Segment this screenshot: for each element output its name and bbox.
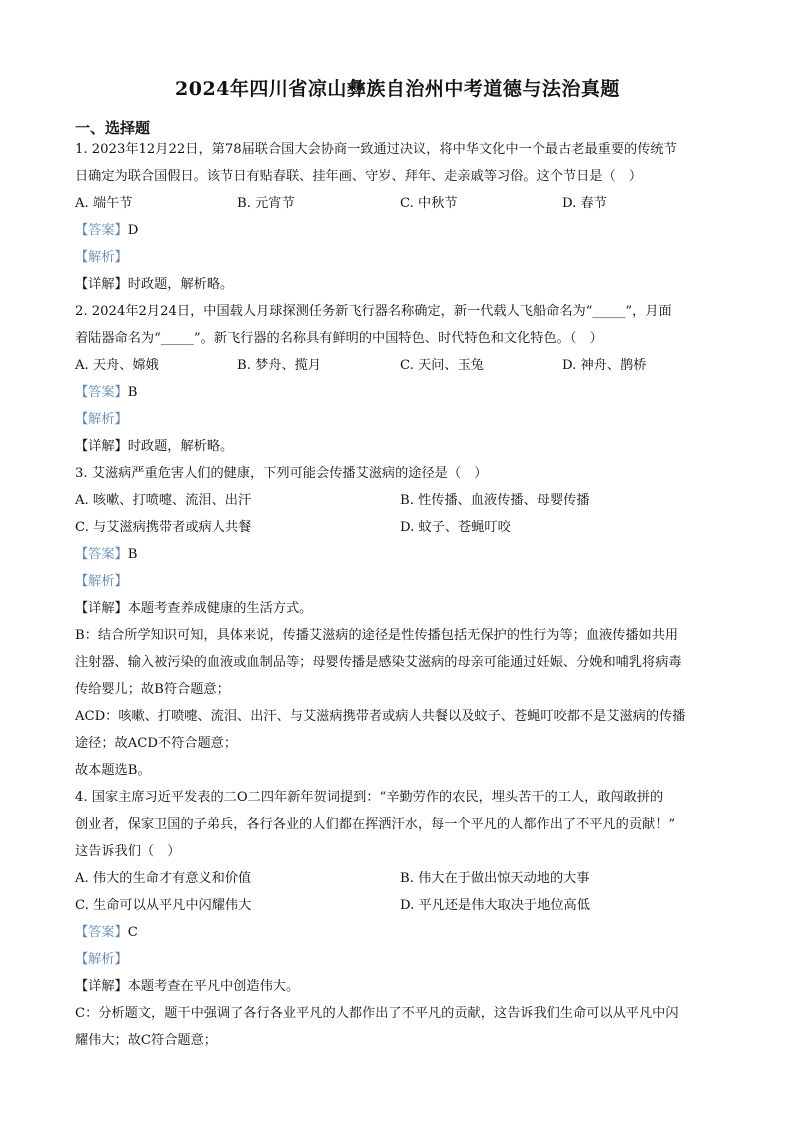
option-b: B. 梦舟、揽月: [237, 352, 321, 379]
option-d: D. 神舟、鹊桥: [562, 352, 646, 379]
detail-label: 【详解】: [75, 979, 128, 994]
answer-label: 【答案】: [75, 925, 128, 940]
options-row: A. 端午节 B. 元宵节 C. 中秋节 D. 春节: [75, 190, 725, 217]
answer-line: 【答案】D: [75, 217, 725, 244]
option-a: A. 伟大的生命才有意义和价值: [75, 865, 251, 892]
option-b: B. 性传播、血液传播、母婴传播: [400, 487, 590, 514]
question-stem-line: 3. 艾滋病严重危害人们的健康，下列可能会传播艾滋病的途径是（ ）: [75, 460, 725, 487]
analysis-line: 【解析】: [75, 406, 725, 433]
question-stem-line: 2. 2024年2月24日，中国载人月球探测任务新飞行器名称确定，新一代载人飞船…: [75, 298, 725, 325]
detail-line: 【详解】本题考查在平凡中创造伟大。: [75, 973, 725, 1000]
detail-text: 本题考查养成健康的生活方式。: [128, 601, 313, 616]
answer-line: 【答案】B: [75, 379, 725, 406]
detail-text: 时政题，解析略。: [128, 277, 234, 292]
option-a: A. 端午节: [75, 190, 132, 217]
question-1: 1. 2023年12月22日，第78届联合国大会协商一致通过决议，将中华文化中一…: [75, 136, 725, 298]
question-stem-line: 创业者，保家卫国的子弟兵，各行各业的人们都在挥洒汗水，每一个平凡的人都作出了不平…: [75, 811, 725, 838]
option-d: D. 平凡还是伟大取决于地位高低: [400, 892, 590, 919]
explanation-line: 耀伟大；故C符合题意；: [75, 1027, 725, 1054]
question-stem-line: 着陆器命名为“_____”。新飞行器的名称具有鲜明的中国特色、时代特色和文化特色…: [75, 325, 725, 352]
option-d: D. 蚊子、苍蝇叮咬: [400, 514, 511, 541]
document-title: 2024年四川省凉山彝族自治州中考道德与法治真题: [0, 74, 795, 101]
explanation-line: 注射器、输入被污染的血液或血制品等；母婴传播是感染艾滋病的母亲可能通过妊娠、分娩…: [75, 649, 725, 676]
options-row: C. 生命可以从平凡中闪耀伟大 D. 平凡还是伟大取决于地位高低: [75, 892, 725, 919]
analysis-line: 【解析】: [75, 946, 725, 973]
answer-line: 【答案】C: [75, 919, 725, 946]
question-3: 3. 艾滋病严重危害人们的健康，下列可能会传播艾滋病的途径是（ ） A. 咳嗽、…: [75, 460, 725, 784]
document-content: 1. 2023年12月22日，第78届联合国大会协商一致通过决议，将中华文化中一…: [75, 136, 725, 1054]
options-row: A. 伟大的生命才有意义和价值 B. 伟大在于做出惊天动地的大事: [75, 865, 725, 892]
options-row: A. 天舟、嫦娥 B. 梦舟、揽月 C. 天问、玉兔 D. 神舟、鹊桥: [75, 352, 725, 379]
option-c: C. 中秋节: [400, 190, 458, 217]
answer-label: 【答案】: [75, 547, 128, 562]
detail-label: 【详解】: [75, 277, 128, 292]
option-c: C. 生命可以从平凡中闪耀伟大: [75, 892, 251, 919]
explanation-line: B：结合所学知识可知，具体来说，传播艾滋病的途径是性传播包括无保护的性行为等；血…: [75, 622, 725, 649]
answer-value: C: [128, 925, 138, 940]
detail-label: 【详解】: [75, 601, 128, 616]
options-row: A. 咳嗽、打喷嚏、流泪、出汗 B. 性传播、血液传播、母婴传播: [75, 487, 725, 514]
detail-label: 【详解】: [75, 439, 128, 454]
option-a: A. 天舟、嫦娥: [75, 352, 159, 379]
answer-value: B: [128, 547, 138, 562]
option-b: B. 元宵节: [237, 190, 295, 217]
option-b: B. 伟大在于做出惊天动地的大事: [400, 865, 590, 892]
answer-label: 【答案】: [75, 223, 128, 238]
explanation-line: 途径；故ACD不符合题意；: [75, 730, 725, 757]
answer-line: 【答案】B: [75, 541, 725, 568]
option-d: D. 春节: [562, 190, 607, 217]
answer-label: 【答案】: [75, 385, 128, 400]
question-stem-line: 这告诉我们（ ）: [75, 838, 725, 865]
option-c: C. 天问、玉兔: [400, 352, 484, 379]
question-4: 4. 国家主席习近平发表的二O二四年新年贺词提到：“辛勤劳作的农民，埋头苦干的工…: [75, 784, 725, 1054]
analysis-line: 【解析】: [75, 568, 725, 595]
detail-text: 本题考查在平凡中创造伟大。: [128, 979, 299, 994]
explanation-line: C：分析题文，题干中强调了各行各业平凡的人都作出了不平凡的贡献，这告诉我们生命可…: [75, 1000, 725, 1027]
answer-value: D: [128, 223, 139, 238]
detail-text: 时政题，解析略。: [128, 439, 234, 454]
analysis-line: 【解析】: [75, 244, 725, 271]
detail-line: 【详解】本题考查养成健康的生活方式。: [75, 595, 725, 622]
analysis-label: 【解析】: [75, 250, 128, 265]
explanation-line: 故本题选B。: [75, 757, 725, 784]
question-stem-line: 4. 国家主席习近平发表的二O二四年新年贺词提到：“辛勤劳作的农民，埋头苦干的工…: [75, 784, 725, 811]
option-c: C. 与艾滋病携带者或病人共餐: [75, 514, 251, 541]
detail-line: 【详解】时政题，解析略。: [75, 271, 725, 298]
answer-value: B: [128, 385, 138, 400]
question-2: 2. 2024年2月24日，中国载人月球探测任务新飞行器名称确定，新一代载人飞船…: [75, 298, 725, 460]
option-a: A. 咳嗽、打喷嚏、流泪、出汗: [75, 487, 251, 514]
options-row: C. 与艾滋病携带者或病人共餐 D. 蚊子、苍蝇叮咬: [75, 514, 725, 541]
section-heading: 一、选择题: [75, 117, 150, 138]
explanation-line: 传给婴儿；故B符合题意；: [75, 676, 725, 703]
detail-line: 【详解】时政题，解析略。: [75, 433, 725, 460]
analysis-label: 【解析】: [75, 574, 128, 589]
question-stem-line: 日确定为联合国假日。该节日有贴春联、挂年画、守岁、拜年、走亲戚等习俗。这个节日是…: [75, 163, 725, 190]
explanation-line: ACD：咳嗽、打喷嚏、流泪、出汗、与艾滋病携带者或病人共餐以及蚊子、苍蝇叮咬都不…: [75, 703, 725, 730]
document-page: 2024年四川省凉山彝族自治州中考道德与法治真题 一、选择题 1. 2023年1…: [0, 0, 795, 1125]
analysis-label: 【解析】: [75, 412, 128, 427]
question-stem-line: 1. 2023年12月22日，第78届联合国大会协商一致通过决议，将中华文化中一…: [75, 136, 725, 163]
analysis-label: 【解析】: [75, 952, 128, 967]
